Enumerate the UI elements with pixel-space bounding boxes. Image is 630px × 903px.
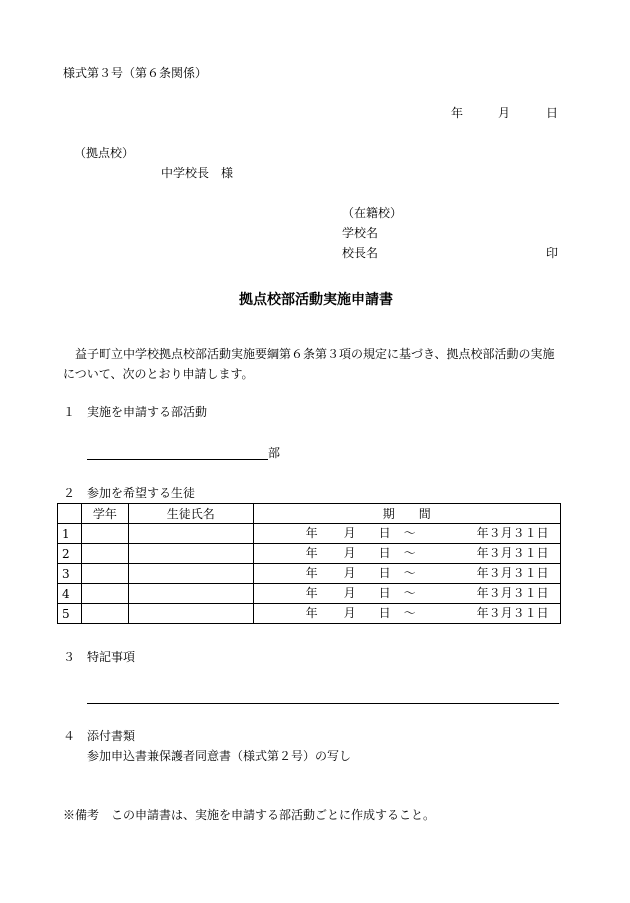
row-number: 2 xyxy=(58,544,82,564)
period-day: 日 xyxy=(379,586,391,600)
period-year: 年 xyxy=(306,546,318,560)
date-year-label: 年 xyxy=(451,106,463,120)
period-end: 年３月３１日 xyxy=(477,566,549,580)
table-row: 5 年 月 日 ～ 年３月３１日 xyxy=(58,604,561,624)
period-tilde: ～ xyxy=(404,526,416,540)
remark-note: ※備考 この申請書は、実施を申請する部活動ごとに作成すること。 xyxy=(63,808,435,822)
students-table: 学年 生徒氏名 期 間 1 年 月 日 ～ 年３月３１日 2 xyxy=(57,503,561,624)
student-name-cell[interactable] xyxy=(128,604,253,624)
grade-cell[interactable] xyxy=(81,544,128,564)
period-cell[interactable]: 年 月 日 ～ 年３月３１日 xyxy=(253,564,560,584)
grade-cell[interactable] xyxy=(81,584,128,604)
seal-label: 印 xyxy=(546,246,558,260)
student-name-cell[interactable] xyxy=(128,544,253,564)
period-tilde: ～ xyxy=(404,566,416,580)
form-number: 様式第３号（第６条関係） xyxy=(63,66,207,80)
section-4-heading: ４ 添付書類 xyxy=(63,729,135,743)
period-month: 月 xyxy=(344,606,356,620)
sender-enrolled-label: （在籍校） xyxy=(342,206,402,220)
period-year: 年 xyxy=(306,566,318,580)
period-cell[interactable]: 年 月 日 ～ 年３月３１日 xyxy=(253,604,560,624)
special-notes-underline[interactable] xyxy=(87,703,559,704)
header-student-name: 生徒氏名 xyxy=(128,504,253,524)
club-suffix: 部 xyxy=(268,446,280,460)
period-end: 年３月３１日 xyxy=(477,586,549,600)
row-number: 3 xyxy=(58,564,82,584)
period-month: 月 xyxy=(344,586,356,600)
period-year: 年 xyxy=(306,586,318,600)
period-month: 月 xyxy=(344,566,356,580)
document-title: 拠点校部活動実施申請書 xyxy=(239,293,393,307)
row-number: 1 xyxy=(58,524,82,544)
intro-line-1: 益子町立中学校拠点校部活動実施要綱第６条第３項の規定に基づき、拠点校部活動の実施 xyxy=(75,347,555,361)
header-period: 期 間 xyxy=(253,504,560,524)
period-day: 日 xyxy=(379,526,391,540)
section-3-heading: ３ 特記事項 xyxy=(63,650,135,664)
table-row: 4 年 月 日 ～ 年３月３１日 xyxy=(58,584,561,604)
period-month: 月 xyxy=(344,546,356,560)
header-number xyxy=(58,504,82,524)
period-cell[interactable]: 年 月 日 ～ 年３月３１日 xyxy=(253,544,560,564)
section-1-heading: １ 実施を申請する部活動 xyxy=(63,405,207,419)
header-grade: 学年 xyxy=(81,504,128,524)
attached-document-item: 参加申込書兼保護者同意書（様式第２号）の写し xyxy=(87,749,351,763)
sender-school-name-label: 学校名 xyxy=(342,226,378,240)
section-2-heading: ２ 参加を希望する生徒 xyxy=(63,486,195,500)
period-day: 日 xyxy=(379,566,391,580)
club-name-underline[interactable] xyxy=(87,459,268,460)
period-month: 月 xyxy=(344,526,356,540)
table-header-row: 学年 生徒氏名 期 間 xyxy=(58,504,561,524)
period-tilde: ～ xyxy=(404,586,416,600)
period-day: 日 xyxy=(379,546,391,560)
row-number: 5 xyxy=(58,604,82,624)
period-cell[interactable]: 年 月 日 ～ 年３月３１日 xyxy=(253,584,560,604)
period-tilde: ～ xyxy=(404,606,416,620)
table-row: 2 年 月 日 ～ 年３月３１日 xyxy=(58,544,561,564)
student-name-cell[interactable] xyxy=(128,584,253,604)
grade-cell[interactable] xyxy=(81,564,128,584)
grade-cell[interactable] xyxy=(81,604,128,624)
period-end: 年３月３１日 xyxy=(477,546,549,560)
period-tilde: ～ xyxy=(404,546,416,560)
sender-principal-name-label: 校長名 xyxy=(342,246,378,260)
period-end: 年３月３１日 xyxy=(477,526,549,540)
period-year: 年 xyxy=(306,606,318,620)
table-row: 1 年 月 日 ～ 年３月３１日 xyxy=(58,524,561,544)
recipient-principal-line: 中学校長 様 xyxy=(161,166,233,180)
student-name-cell[interactable] xyxy=(128,524,253,544)
period-day: 日 xyxy=(379,606,391,620)
grade-cell[interactable] xyxy=(81,524,128,544)
date-day-label: 日 xyxy=(546,106,558,120)
period-end: 年３月３１日 xyxy=(477,606,549,620)
intro-line-2: について、次のとおり申請します。 xyxy=(63,367,254,381)
recipient-school-label: （拠点校） xyxy=(74,146,134,160)
student-name-cell[interactable] xyxy=(128,564,253,584)
period-cell[interactable]: 年 月 日 ～ 年３月３１日 xyxy=(253,524,560,544)
period-year: 年 xyxy=(306,526,318,540)
date-month-label: 月 xyxy=(498,106,510,120)
row-number: 4 xyxy=(58,584,82,604)
table-row: 3 年 月 日 ～ 年３月３１日 xyxy=(58,564,561,584)
